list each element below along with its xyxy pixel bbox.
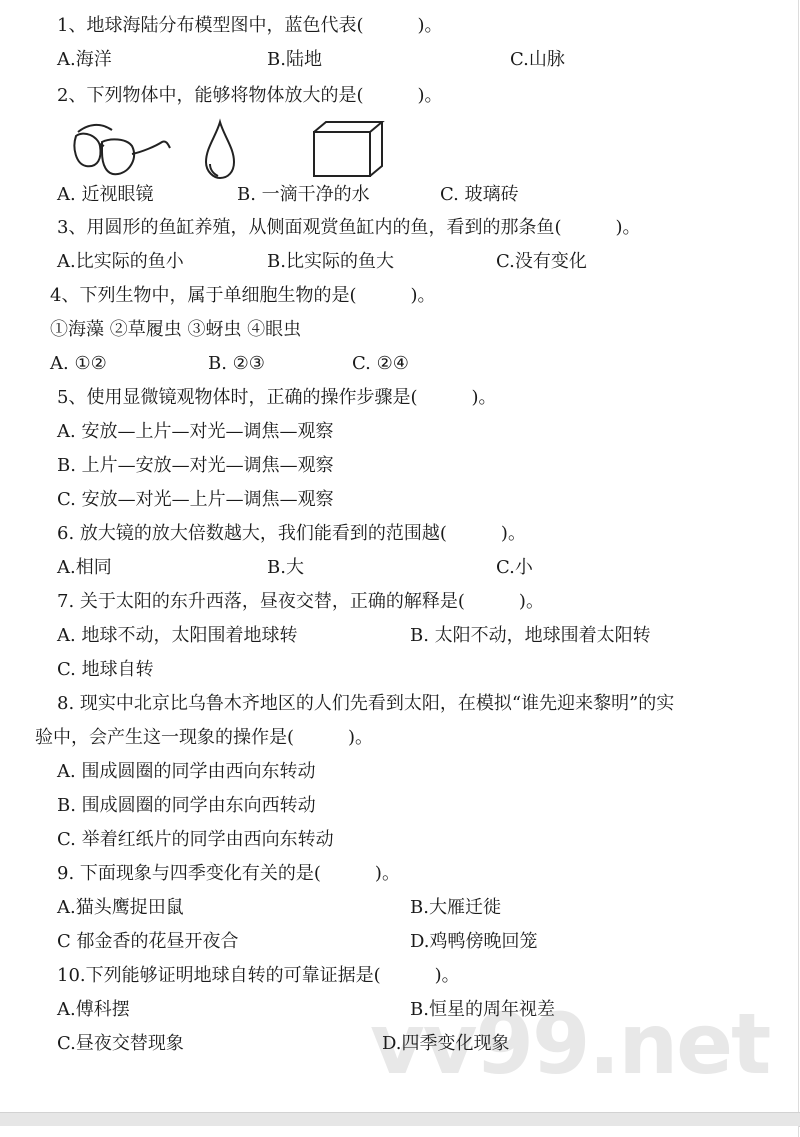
q2-option-a: A. 近视眼镜 [57,183,153,207]
q9-option-d: D.鸡鸭傍晚回笼 [410,930,538,954]
glasses-icon [74,125,170,174]
q9-option-b: B.大雁迁徙 [410,896,501,920]
q8-option-a: A. 围成圆圈的同学由西向东转动 [57,760,315,784]
question-4-stem: 4、下列生物中，属于单细胞生物的是( )。 [50,284,436,308]
next-page [0,1126,799,1137]
q10-option-c: C.昼夜交替现象 [57,1032,184,1056]
question-9-stem: 9. 下面现象与四季变化有关的是( )。 [57,862,400,886]
q10-option-a: A.傅科摆 [57,998,130,1022]
q4-option-b: B. ②③ [208,352,265,376]
q5-option-c: C. 安放—对光—上片—调焦—观察 [57,488,334,512]
water-drop-icon [206,122,234,178]
q7-option-c: C. 地球自转 [57,658,154,682]
q3-option-c: C.没有变化 [496,250,587,274]
q6-option-b: B.大 [267,556,304,580]
q1-option-b: B.陆地 [267,48,322,72]
q1-option-a: A.海洋 [57,48,112,72]
glass-brick-icon [314,122,382,176]
q6-option-c: C.小 [496,556,533,580]
question-3-stem: 3、用圆形的鱼缸养殖，从侧面观赏鱼缸内的鱼，看到的那条鱼( )。 [57,216,641,240]
q9-option-a: A.猫头鹰捉田鼠 [57,896,184,920]
document-page: 1、地球海陆分布模型图中，蓝色代表( )。 A.海洋 B.陆地 C.山脉 2、下… [0,0,799,1112]
question-8-stem-cont: 验中，会产生这一现象的操作是( )。 [35,726,373,750]
q5-option-a: A. 安放—上片—对光—调焦—观察 [57,420,333,444]
q1-option-c: C.山脉 [510,48,565,72]
question-5-stem: 5、使用显微镜观物体时，正确的操作步骤是( )。 [57,386,497,410]
q2-option-c: C. 玻璃砖 [440,183,519,207]
q4-option-a: A. ①② [50,352,107,376]
q5-option-b: B. 上片—安放—对光—调焦—观察 [57,454,334,478]
q10-option-d: D.四季变化现象 [382,1032,510,1056]
question-1-stem: 1、地球海陆分布模型图中，蓝色代表( )。 [57,14,443,38]
q4-option-c: C. ②④ [352,352,409,376]
question-6-stem: 6. 放大镜的放大倍数越大，我们能看到的范围越( )。 [57,522,526,546]
q4-organisms-list: ①海藻 ②草履虫 ③蚜虫 ④眼虫 [50,318,301,342]
q3-option-b: B.比实际的鱼大 [267,250,394,274]
q2-option-b: B. 一滴干净的水 [237,183,370,207]
q8-option-c: C. 举着红纸片的同学由西向东转动 [57,828,334,852]
q6-option-a: A.相同 [57,556,112,580]
question-10-stem: 10.下列能够证明地球自转的可靠证据是( )。 [57,964,460,988]
q7-option-a: A. 地球不动，太阳围着地球转 [57,624,297,648]
q10-option-b: B.恒星的周年视差 [410,998,555,1022]
q9-option-c: C 郁金香的花昼开夜合 [57,930,239,954]
q7-option-b: B. 太阳不动，地球围着太阳转 [410,624,651,648]
page-separator [0,1112,800,1127]
question-7-stem: 7. 关于太阳的东升西落，昼夜交替，正确的解释是( )。 [57,590,544,614]
question-8-stem: 8. 现实中北京比乌鲁木齐地区的人们先看到太阳，在模拟“谁先迎来黎明”的实 [57,692,674,716]
q8-option-b: B. 围成圆圈的同学由东向西转动 [57,794,316,818]
q3-option-a: A.比实际的鱼小 [57,250,184,274]
question-2-stem: 2、下列物体中，能够将物体放大的是( )。 [57,84,443,108]
q2-figures [70,118,400,180]
